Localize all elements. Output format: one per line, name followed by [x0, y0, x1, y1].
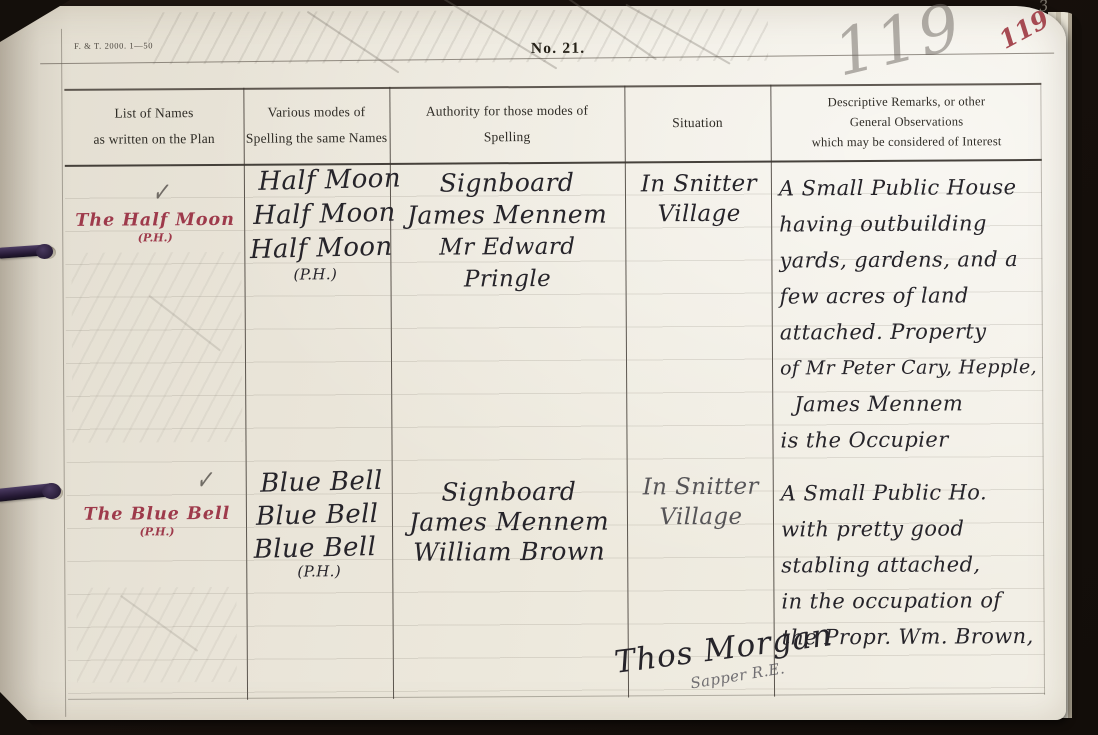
name-cell: The Half Moon (P.H.): [69, 210, 241, 245]
authority-entry: Signboard: [394, 167, 620, 200]
spelling-entry: Half Moon: [258, 162, 401, 199]
authority-cell: Signboard James Mennem William Brown: [396, 477, 623, 568]
plan-name-qualifier: (P.H.): [69, 231, 241, 245]
remarks-line: in the occupation of: [781, 582, 1041, 620]
column-header-names: List of Names as written on the Plan: [64, 90, 243, 163]
situation-line: In Snitter: [631, 472, 771, 503]
authority-entry: James Mennem: [394, 199, 620, 232]
check-mark-icon: ✓: [195, 461, 213, 500]
binding-cord-knot: [42, 483, 61, 499]
header-line: Situation: [672, 115, 723, 131]
plan-name-qualifier: (P.H.): [71, 525, 243, 539]
remarks-line: attached. Property: [780, 313, 1040, 351]
spelling-entry: Half Moon: [253, 196, 402, 233]
column-divider: [770, 85, 775, 697]
pencil-scribbles: [76, 587, 237, 683]
remarks-line: A Small Public House: [779, 169, 1039, 207]
binding-cord-knot: [36, 244, 53, 259]
situation-cell: In Snitter Village: [629, 169, 769, 230]
check-mark-icon: ✓: [152, 173, 170, 212]
spellings-cell: Half Moon Half Moon Half Moon: [248, 162, 403, 268]
spelling-entry: Blue Bell: [256, 498, 384, 534]
authority-entry: Mr Edward Pringle: [394, 231, 620, 296]
remarks-line: with pretty good: [781, 510, 1041, 548]
remarks-line: having outbuilding: [779, 205, 1039, 243]
header-line: which may be considered of Interest: [812, 134, 1002, 150]
authority-entry: Signboard: [396, 477, 622, 508]
authority-entry: William Brown: [396, 537, 622, 568]
remarks-line: James Mennem: [794, 385, 1040, 423]
table-bottom-rule: [68, 693, 1045, 700]
column-header-remarks: Descriptive Remarks, or other General Ob…: [770, 85, 1042, 159]
situation-line: Village: [629, 199, 769, 230]
scanned-register-page: F. & T. 2000. 1—50 No. 21. 119 119 3 Lis…: [0, 0, 1098, 735]
folio-number-pencil: 119: [827, 0, 969, 92]
remarks-line: of Mr Peter Cary, Hepple,: [780, 349, 1040, 387]
header-line: Spelling: [484, 129, 531, 145]
situation-line: In Snitter: [629, 169, 769, 200]
header-line: as written on the Plan: [93, 131, 214, 148]
remarks-cell: A Small Public House having outbuilding …: [779, 169, 1041, 459]
remarks-line: A Small Public Ho.: [781, 474, 1041, 512]
header-line: Spelling the same Names: [246, 130, 388, 147]
spelling-entry: Blue Bell: [260, 465, 383, 501]
authority-cell: Signboard James Mennem Mr Edward Pringle: [394, 167, 621, 296]
remarks-line: few acres of land: [780, 277, 1040, 315]
name-cell: The Blue Bell (P.H.): [71, 504, 243, 539]
spellings-qualifier: (P.H.): [293, 265, 337, 283]
header-line: List of Names: [114, 105, 193, 121]
header-line: Authority for those modes of: [426, 103, 588, 120]
page-number: No. 21.: [498, 40, 618, 59]
spellings-qualifier: (P.H.): [297, 562, 341, 580]
remarks-line: yards, gardens, and a: [779, 241, 1039, 279]
situation-cell: In Snitter Village: [631, 472, 771, 533]
spellings-cell: Blue Bell Blue Bell Blue Bell: [252, 465, 385, 567]
column-header-authority: Authority for those modes of Spelling: [389, 87, 624, 160]
column-header-situation: Situation: [624, 87, 770, 160]
plan-name: The Blue Bell: [71, 504, 243, 525]
header-line: Descriptive Remarks, or other: [828, 94, 986, 110]
header-line: Various modes of: [268, 104, 366, 121]
spelling-entry: Half Moon: [250, 230, 403, 268]
column-header-spellings: Various modes of Spelling the same Names: [243, 89, 389, 162]
corner-note: 3: [1038, 0, 1050, 16]
situation-line: Village: [631, 502, 771, 533]
remarks-line: is the Occupier: [780, 421, 1040, 459]
plan-name: The Half Moon: [69, 210, 241, 231]
authority-entry: James Mennem: [396, 507, 622, 538]
form-reference: F. & T. 2000. 1—50: [74, 40, 153, 50]
header-line: General Observations: [850, 114, 964, 130]
remarks-line: stabling attached,: [781, 546, 1041, 584]
